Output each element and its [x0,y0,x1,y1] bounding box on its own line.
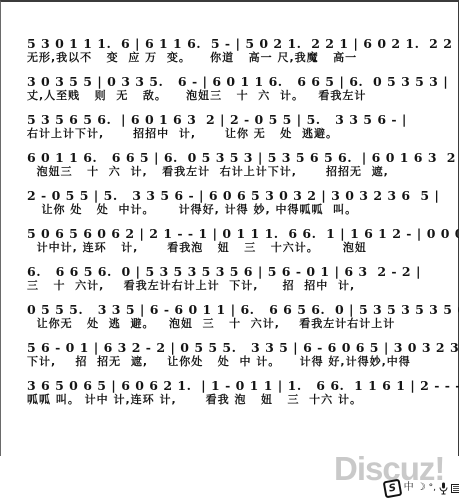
lyrics-line: 丈,人至贱 则 无 敌。 泡妞三 十 六 计。 看我左计 [27,90,442,102]
score-system: 5 6 - 0 1 | 6 3 2 - 2 | 0 5 5 5. 3 3 5 |… [27,340,442,368]
notation-line: 2 - 0 5 5 | 5. 3 3 5 6 - | 6 0 6 5 3 0 3… [27,188,442,203]
fullwidth-moon-icon[interactable]: ☽ [417,483,426,493]
score-system: 2 - 0 5 5 | 5. 3 3 5 6 - | 6 0 6 5 3 0 3… [27,188,442,216]
notation-line: 6. 6 6 5 6. 0 | 5 3 5 3 5 3 5 6 | 5 6 - … [27,264,442,279]
sogou-logo-icon[interactable]: S [382,478,402,498]
punctuation-mode-icon[interactable]: °, [429,483,436,493]
notation-line: 3 0 3 5 5 | 0 3 3 5. 6 - | 6 0 1 1 6. 6 … [27,74,442,89]
notation-line: 5 6 - 0 1 | 6 3 2 - 2 | 0 5 5 5. 3 3 5 |… [27,340,442,355]
notation-line: 6 0 1 1 6. 6 6 5 | 6. 0 5 3 5 3 | 5 3 5 … [27,150,442,165]
microphone-icon[interactable] [439,482,448,495]
notation-line: 5 3 5 6 5 6. | 6 0 1 6 3 2 | 2 - 0 5 5 |… [27,112,442,127]
lyrics-line: 呱呱 叫。 计中 计,连环 计, 看我 泡 妞 三 十六 计。 [27,394,442,406]
score-system: 3 0 3 5 5 | 0 3 3 5. 6 - | 6 0 1 1 6. 6 … [27,74,442,102]
score-system: 0 5 5 5. 3 3 5 | 6 - 6 0 1 1 | 6. 6 6 5 … [27,302,442,330]
scanned-sheet-music-image: 5 3 0 1 1 1. 6 | 6 1 1 6. 5 - | 5 0 2 1.… [0,0,459,456]
lyrics-line: 泡妞三 十 六 计, 看我左计 右计上计下计, 招招无 遮, [27,166,442,178]
score-system: 5 0 6 5 6 0 6 2 | 2 1 - - 1 | 0 1 1 1. 6… [27,226,442,254]
score-system: 5 3 0 1 1 1. 6 | 6 1 1 6. 5 - | 5 0 2 1.… [27,36,442,64]
notation-line: 3 6 5 0 6 5 | 6 0 6 2 1. | 1 - 0 1 1 | 1… [27,378,442,393]
notation-line: 5 0 6 5 6 0 6 2 | 2 1 - - 1 | 0 1 1 1. 6… [27,226,442,241]
notation-line: 0 5 5 5. 3 3 5 | 6 - 6 0 1 1 | 6. 6 6 5 … [27,302,442,317]
score-system: 6 0 1 1 6. 6 6 5 | 6. 0 5 3 5 3 | 5 3 5 … [27,150,442,178]
lyrics-line: 让你 处 处 中计。 计得好, 计得 妙, 中得呱呱 叫。 [27,204,442,216]
notation-line: 5 3 0 1 1 1. 6 | 6 1 1 6. 5 - | 5 0 2 1.… [27,36,442,51]
lyrics-line: 计中计, 连环 计, 看我泡 妞 三 十六计。 泡妞 [27,242,442,254]
score-body: 5 3 0 1 1 1. 6 | 6 1 1 6. 5 - | 5 0 2 1.… [27,36,442,416]
lyrics-line: 无形,我以不 变 应 万 变。 你道 高一 尺,我魔 高一 [27,52,442,64]
score-system: 6. 6 6 5 6. 0 | 5 3 5 3 5 3 5 6 | 5 6 - … [27,264,442,292]
score-system: 5 3 5 6 5 6. | 6 0 1 6 3 2 | 2 - 0 5 5 |… [27,112,442,140]
lyrics-line: 让你无 处 逃 避。 泡妞 三 十 六计, 看我左计右计上计 [27,318,442,330]
lyrics-line: 右计上计下计, 招招中 计, 让你 无 处 逃避。 [27,128,442,140]
chinese-mode-icon[interactable]: 中 [404,483,414,493]
keyboard-icon[interactable] [451,484,459,493]
lyrics-line: 三 十 六计, 看我左计右计上计 下计, 招 招中 计, [27,280,442,292]
ime-status-bar: S 中 ☽ °, [384,478,459,498]
lyrics-line: 下计, 招 招无 遮, 让你处 处 中 计。 计得 好,计得妙,中得 [27,356,442,368]
score-system: 3 6 5 0 6 5 | 6 0 6 2 1. | 1 - 0 1 1 | 1… [27,378,442,406]
